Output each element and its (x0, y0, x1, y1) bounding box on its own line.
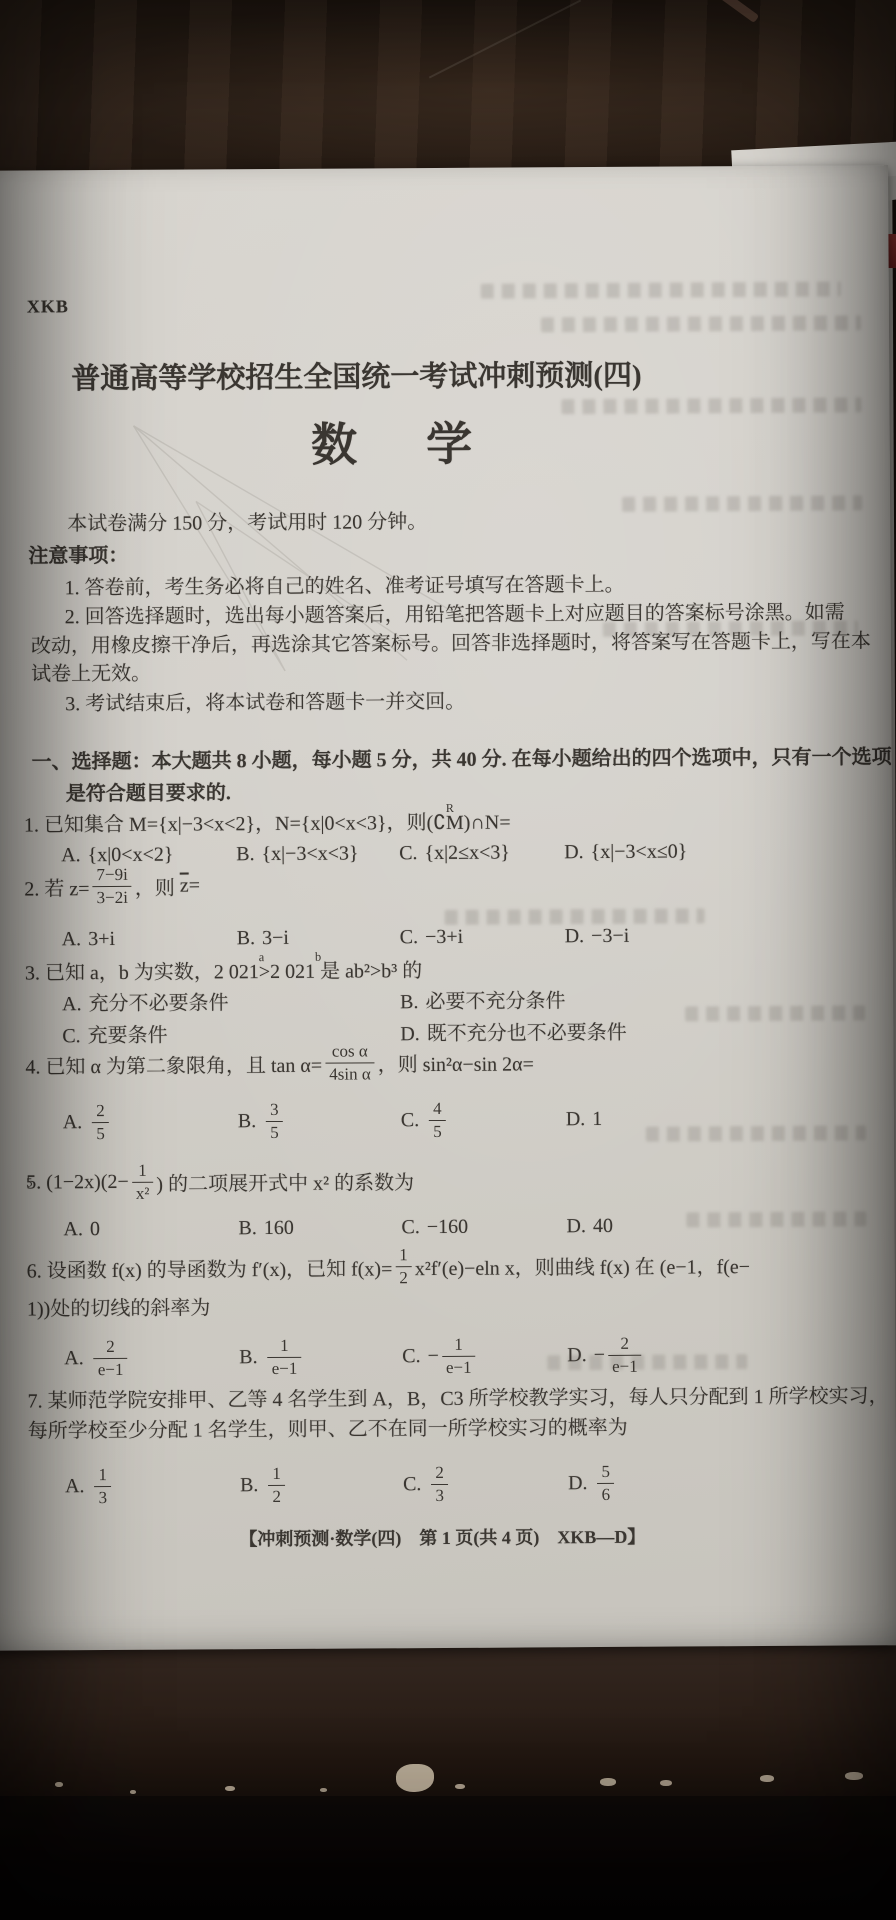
option-label: C. (402, 1345, 420, 1368)
questions: 1. 已知集合 M={x|−3<x<2}，N={x|0<x<3}，则(∁RM)∩… (0, 165, 896, 1651)
fraction-numerator: 7−9i (92, 865, 131, 887)
text-run: 2. 若 z= (24, 872, 89, 901)
option-label: C. (401, 1216, 419, 1238)
paper-speck (760, 1775, 774, 1782)
option-B: B.1e−1 (239, 1330, 402, 1383)
fraction-numerator: 4 (429, 1099, 446, 1121)
text-run: 3. 已知 a，b 为实数，2 021 (25, 961, 259, 984)
option-label: B. (237, 927, 255, 949)
text-run: ，则 sin²α−sin 2α= (378, 1047, 534, 1077)
fraction: 7−9i3−2i (92, 865, 132, 907)
text-run: M)∩N= (446, 812, 511, 834)
option-D: D.−2e−1 (567, 1327, 895, 1381)
fraction: 2e−1 (608, 1334, 642, 1376)
fraction-denominator: e−1 (442, 1356, 476, 1377)
text-run: 40 (593, 1215, 613, 1237)
options-row: A.3+iB.3−iC.−3+iD.−3−i (0, 919, 893, 955)
fraction: 1e−1 (442, 1335, 476, 1377)
fraction-denominator: 5 (92, 1123, 109, 1144)
text-run: 4. 已知 α 为第二象限角，且 tan α= (25, 1048, 322, 1079)
stem-line: 5. (1−2x)5(2−1x²) 的二项展开式中 x² 的系数为 (26, 1151, 894, 1208)
option-label: D. (566, 1108, 586, 1131)
fraction-numerator: 3 (266, 1100, 283, 1122)
fraction-numerator: 5 (597, 1462, 614, 1484)
text-run: 5. (1−2x) (26, 1171, 101, 1194)
fraction-denominator: 3 (95, 1486, 112, 1507)
text-run: 必要不充分条件 (425, 990, 565, 1013)
question-6: 6. 设函数 f(x) 的导函数为 f′(x)，已知 f(x)=12x²f′(e… (0, 1237, 895, 1385)
option-label: A. (63, 1218, 83, 1240)
text-run: ，则 (135, 871, 180, 900)
text-run: − (594, 1343, 605, 1366)
dark-floor-shadow (0, 1796, 896, 1920)
option-label: B. (240, 1474, 258, 1497)
fraction-denominator: 4sin α (325, 1063, 375, 1084)
fraction-denominator: 3−2i (93, 886, 132, 907)
stem-line: 2. 若 z=7−9i3−2i，则 z= (24, 855, 892, 912)
fraction: cos α4sin α (325, 1041, 375, 1083)
fraction-denominator: 3 (431, 1484, 448, 1505)
text-run: (2− (101, 1170, 129, 1193)
option-label: D. (566, 1215, 586, 1237)
option-C: C.45 (401, 1093, 566, 1146)
fraction-numerator: 1 (268, 1464, 285, 1486)
paper-speck (55, 1782, 63, 1787)
text-run: −160 (427, 1216, 468, 1238)
option-A: A.3+i (62, 923, 237, 954)
option-label: C. (403, 1473, 421, 1496)
option-label: A. (65, 1475, 85, 1498)
option-label: D. (565, 925, 585, 947)
fraction: 1e−1 (267, 1336, 301, 1378)
text-run: 1))处的切线的斜率为 (27, 1297, 210, 1320)
fraction-denominator: 6 (597, 1483, 614, 1504)
option-C: C.−1e−1 (402, 1329, 567, 1382)
option-B: B.必要不充分条件 (400, 983, 893, 1018)
fraction-numerator: 2 (431, 1463, 448, 1485)
text-run: >2 021 (259, 961, 315, 983)
option-label: A. (62, 993, 82, 1015)
text-run: −3+i (425, 926, 463, 948)
fraction-numerator: 2 (94, 1337, 128, 1359)
paper-speck (130, 1790, 136, 1794)
fraction-denominator: 2 (268, 1485, 285, 1506)
text-run: 6. 设函数 f(x) 的导函数为 f′(x)，已知 f(x)= (27, 1252, 393, 1283)
paper-scrap (396, 1764, 434, 1792)
exam-paper-page: XKB 普通高等学校招生全国统一考试冲刺预测(四) 数学 本试卷满分 150 分… (0, 165, 896, 1651)
text-run: 3+i (88, 928, 115, 950)
paper-speck (225, 1786, 235, 1791)
fraction: 1x² (132, 1161, 154, 1203)
stem-line: 7. 某师范学院安排甲、乙等 4 名学生到 A，B，C3 所学校教学实习，每人只… (27, 1381, 895, 1416)
fraction-numerator: 1 (94, 1465, 111, 1487)
text-run: 充分不必要条件 (88, 992, 228, 1015)
text-run: −3−i (591, 925, 629, 947)
paper-speck (455, 1784, 465, 1789)
question-7: 7. 某师范学院安排甲、乙等 4 名学生到 A，B，C3 所学校教学实习，每人只… (0, 1381, 896, 1513)
fraction: 2e−1 (94, 1337, 128, 1379)
option-C: C.−3+i (400, 921, 565, 952)
fraction-numerator: 1 (267, 1336, 301, 1358)
option-B: B.35 (238, 1094, 401, 1147)
paper-speck (845, 1772, 863, 1780)
text-run: 160 (264, 1217, 294, 1239)
fraction-numerator: 1 (442, 1335, 476, 1357)
fraction-denominator: x² (132, 1182, 154, 1203)
option-B: B.12 (240, 1458, 403, 1511)
question-2: 2. 若 z=7−9i3−2i，则 z=A.3+iB.3−iC.−3+iD.−3… (0, 855, 893, 955)
fraction: 23 (431, 1463, 448, 1505)
paper-speck (600, 1778, 616, 1786)
fraction-numerator: cos α (325, 1041, 375, 1063)
text-run: = (189, 874, 200, 897)
fraction-numerator: 2 (608, 1334, 642, 1356)
text-run: ) 的二项展开式中 x² 的系数为 (156, 1166, 414, 1197)
fraction-numerator: 1 (132, 1161, 154, 1183)
option-label: D. (567, 1344, 587, 1367)
option-A: A.充分不必要条件 (62, 986, 400, 1020)
option-D: D.40 (566, 1209, 894, 1241)
page-footer: 【冲刺预测·数学(四) 第 1 页(共 4 页) XKB—D】 (0, 1521, 896, 1553)
text-run: 每所学校至少分配 1 名学生，则甲、乙不在同一所学校实习的概率为 (28, 1417, 628, 1443)
stem-line: 6. 设函数 f(x) 的导函数为 f′(x)，已知 f(x)=12x²f′(e… (27, 1237, 895, 1294)
fraction: 45 (429, 1099, 446, 1141)
stem-line: 1))处的切线的斜率为 (27, 1289, 895, 1324)
fraction-denominator: 2 (395, 1267, 412, 1288)
option-B: B.3−i (237, 922, 400, 953)
text-run: 7. 某师范学院安排甲、乙等 4 名学生到 A，B，C3 所学校教学实习，每人只… (27, 1385, 888, 1412)
options-row: A.2e−1B.1e−1C.−1e−1D.−2e−1 (0, 1327, 895, 1385)
text-run: x²f′(e)−eln x，则曲线 f(x) 在 (e−1，f(e− (415, 1250, 750, 1281)
fraction-denominator: e−1 (94, 1358, 128, 1379)
option-D: D.−3−i (565, 919, 893, 951)
text-run: 0 (90, 1218, 100, 1240)
text-run: 是 ab²>b³ 的 (315, 960, 422, 983)
option-label: A. (63, 1111, 83, 1134)
option-label: B. (239, 1346, 257, 1369)
fraction: 12 (395, 1245, 412, 1287)
paper-speck (320, 1788, 327, 1792)
question-5: 5. (1−2x)5(2−1x²) 的二项展开式中 x² 的系数为A.0B.16… (0, 1151, 895, 1245)
text-run: − (428, 1344, 439, 1367)
fraction: 56 (597, 1462, 614, 1504)
fraction-denominator: 5 (266, 1121, 283, 1142)
fraction: 12 (268, 1464, 285, 1506)
text-run: 3−i (262, 927, 289, 949)
option-A: A.25 (63, 1095, 238, 1148)
fraction-numerator: 2 (92, 1101, 109, 1123)
option-label: B. (400, 991, 418, 1013)
option-C: C.−160 (401, 1211, 566, 1242)
option-label: A. (62, 928, 82, 950)
stem-line: 4. 已知 α 为第二象限角，且 tan α=cos α4sin α，则 sin… (25, 1033, 893, 1090)
paper-speck (660, 1780, 672, 1786)
fraction: 25 (92, 1101, 109, 1143)
fraction-denominator: 5 (429, 1120, 446, 1141)
stem-line: 每所学校至少分配 1 名学生，则甲、乙不在同一所学校实习的概率为 (28, 1411, 896, 1446)
fraction-denominator: e−1 (608, 1355, 642, 1376)
option-A: A.13 (65, 1459, 240, 1512)
text-run: 1 (592, 1107, 602, 1130)
question-4: 4. 已知 α 为第二象限角，且 tan α=cos α4sin α，则 sin… (0, 1033, 894, 1149)
fraction-denominator: e−1 (268, 1357, 302, 1378)
option-label: C. (400, 926, 418, 948)
option-label: C. (401, 1109, 419, 1132)
option-D: D.1 (566, 1091, 894, 1145)
option-label: B. (238, 1110, 256, 1133)
fraction: 35 (266, 1100, 283, 1142)
option-label: D. (568, 1472, 588, 1495)
option-A: A.2e−1 (64, 1331, 239, 1384)
text-run: 1. 已知集合 M={x|−3<x<2}，N={x|0<x<3}，则(∁ (24, 812, 446, 837)
option-C: C.23 (403, 1457, 568, 1510)
fraction-numerator: 1 (395, 1245, 412, 1267)
option-B: B.160 (238, 1212, 401, 1243)
options-row: A.25B.35C.45D.1 (0, 1091, 894, 1149)
option-D: D.56 (568, 1455, 896, 1509)
option-label: B. (238, 1217, 256, 1239)
fraction: 13 (94, 1465, 111, 1507)
option-A: A.0 (63, 1213, 238, 1244)
options-row: A.13B.12C.23D.56 (0, 1455, 896, 1513)
option-label: A. (64, 1347, 84, 1370)
photo-of-exam-paper: XKB 普通高等学校招生全国统一考试冲刺预测(四) 数学 本试卷满分 150 分… (0, 0, 896, 1920)
